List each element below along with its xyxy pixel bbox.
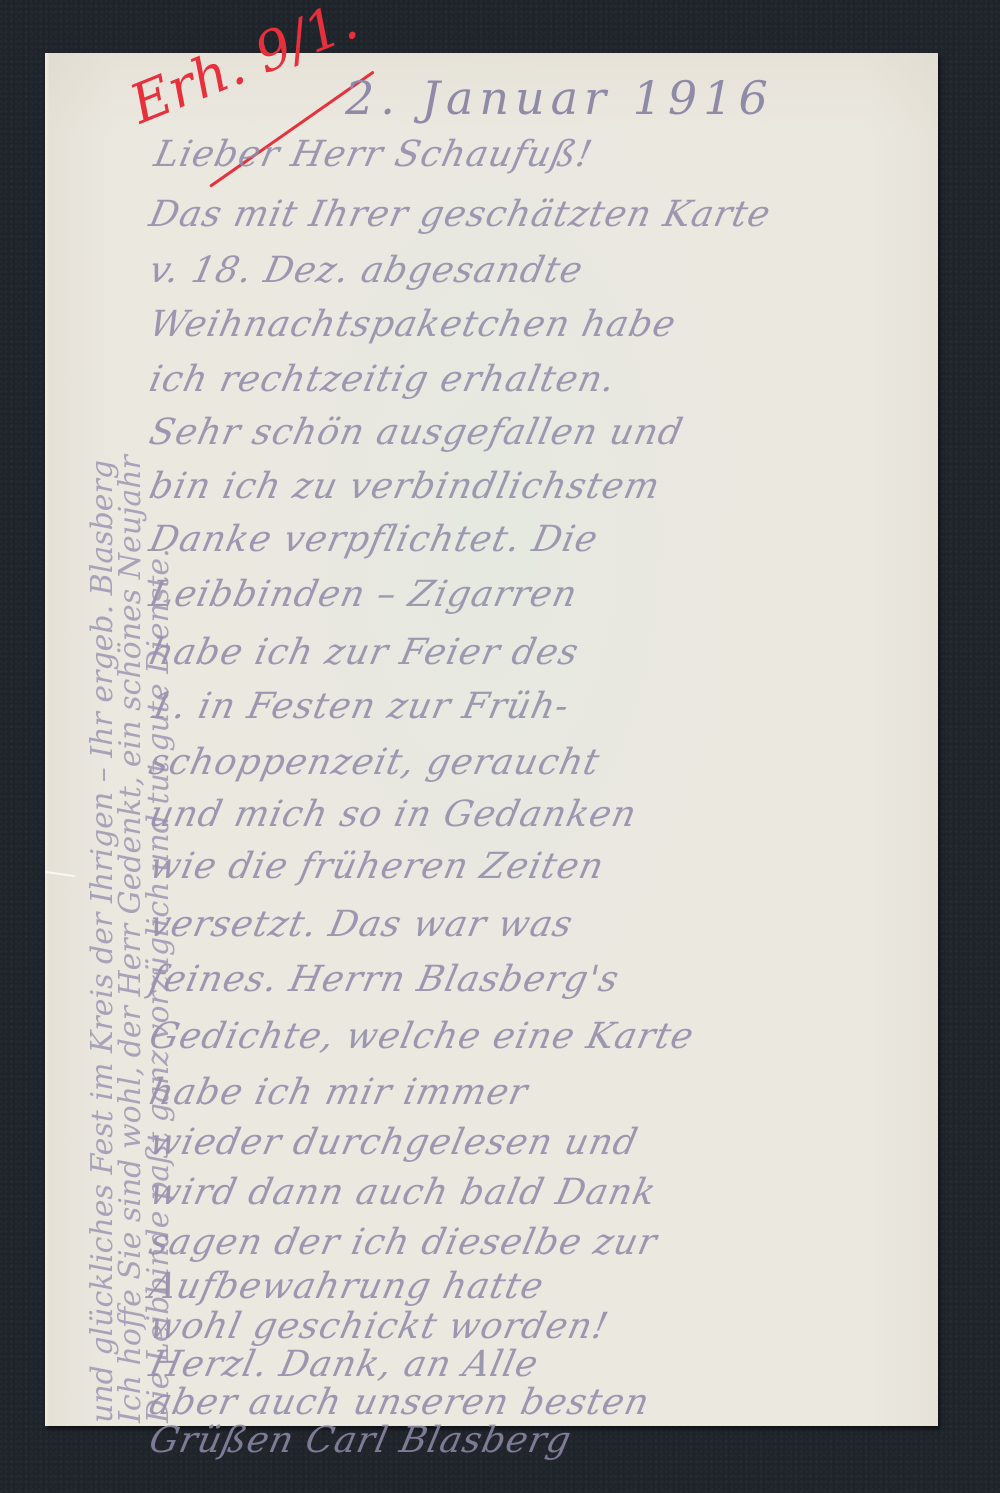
- body-line: Gedichte, welche eine Karte: [145, 1015, 698, 1059]
- body-line: versetzt. Das war was: [145, 903, 577, 947]
- body-line: ich rechtzeitig erhalten.: [145, 358, 619, 402]
- body-line: wird dann auch bald Dank: [145, 1171, 660, 1215]
- body-line: Sehr schön ausgefallen und: [145, 411, 687, 455]
- body-line: Leibbinden – Zigarren: [145, 573, 581, 617]
- body-line: bin ich zu verbindlichstem: [145, 465, 664, 509]
- closing-signature: Grüßen Carl Blasberg: [145, 1419, 575, 1463]
- body-line: Das mit Ihrer geschätzten Karte: [145, 193, 775, 237]
- body-line: Weihnachtspaketchen habe: [145, 303, 680, 347]
- paper-crease: [45, 871, 75, 877]
- salutation: Lieber Herr Schaufuß!: [150, 133, 596, 177]
- postcard: Erh. 9/1. 2. Januar 1916 Lieber Herr Sch…: [45, 53, 938, 1426]
- card-edge: [45, 53, 49, 1426]
- body-line: Danke verpflichtet. Die: [145, 518, 602, 562]
- body-line: sagen der ich dieselbe zur: [145, 1221, 661, 1265]
- letter-date: 2. Januar 1916: [345, 71, 774, 125]
- body-line: und mich so in Gedanken: [145, 793, 640, 837]
- body-line: Aufbewahrung hatte: [145, 1265, 548, 1309]
- body-line: 1. in Festen zur Früh-: [145, 685, 573, 729]
- body-line: schoppenzeit, geraucht: [145, 741, 604, 785]
- body-line: v. 18. Dez. abgesandte: [145, 249, 587, 293]
- body-line: habe ich zur Feier des: [145, 631, 583, 675]
- received-annotation: Erh. 9/1.: [121, 0, 366, 136]
- body-line: wieder durchgelesen und: [145, 1121, 642, 1165]
- body-line: feines. Herrn Blasberg's: [145, 958, 623, 1002]
- margin-note-line: Die Leibbinde paßt ganz vorzüglich und t…: [141, 548, 176, 1423]
- body-line: habe ich mir immer: [145, 1071, 532, 1115]
- body-line: wie die früheren Zeiten: [145, 845, 608, 889]
